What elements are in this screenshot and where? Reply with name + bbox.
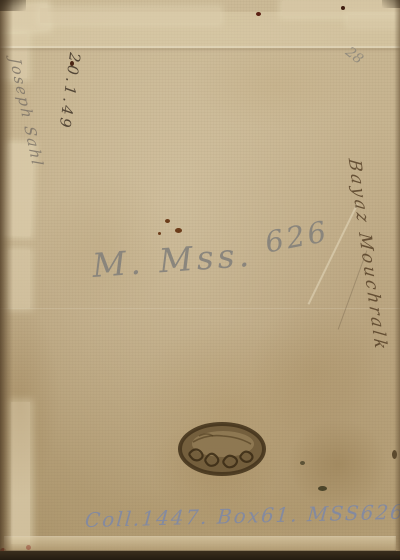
tape-strip xyxy=(11,402,30,544)
shelfmark-main: M. Mss. xyxy=(91,235,254,285)
cover-bottom-ridge xyxy=(4,536,396,551)
water-stain xyxy=(190,40,360,130)
ink-spot xyxy=(300,461,305,465)
water-stain xyxy=(250,300,380,440)
center-shelfmark: M. Mss. 626 xyxy=(91,230,324,285)
torn-patch xyxy=(40,8,220,23)
top-left-dark-corner xyxy=(0,0,26,11)
torn-patch xyxy=(348,15,400,26)
manuscript-back-cover-photo: Joseph Sahl 20.1.49 28 Bayaz Mouchralk M… xyxy=(0,0,400,560)
date-ink-note: 20.1.49 xyxy=(55,51,84,131)
scan-bottom-edge xyxy=(0,551,400,560)
ink-spot xyxy=(318,486,327,491)
ink-spot xyxy=(256,12,261,16)
top-right-dark-corner xyxy=(382,0,400,8)
ink-spot xyxy=(165,219,170,223)
bottom-callnumber: Coll.1447. Box61. MSS626 xyxy=(84,500,400,532)
cover-right-edge xyxy=(394,0,400,560)
ink-spot xyxy=(341,6,345,10)
right-ink-script: Bayaz Mouchralk xyxy=(344,158,392,353)
shelfmark-number: 626 xyxy=(262,214,332,260)
oval-ink-seal xyxy=(177,420,267,478)
ink-spot xyxy=(175,228,182,233)
cover-left-edge xyxy=(0,0,13,560)
horizontal-crease xyxy=(0,308,400,309)
ink-spot xyxy=(158,232,161,235)
seal-graphic xyxy=(177,420,267,478)
